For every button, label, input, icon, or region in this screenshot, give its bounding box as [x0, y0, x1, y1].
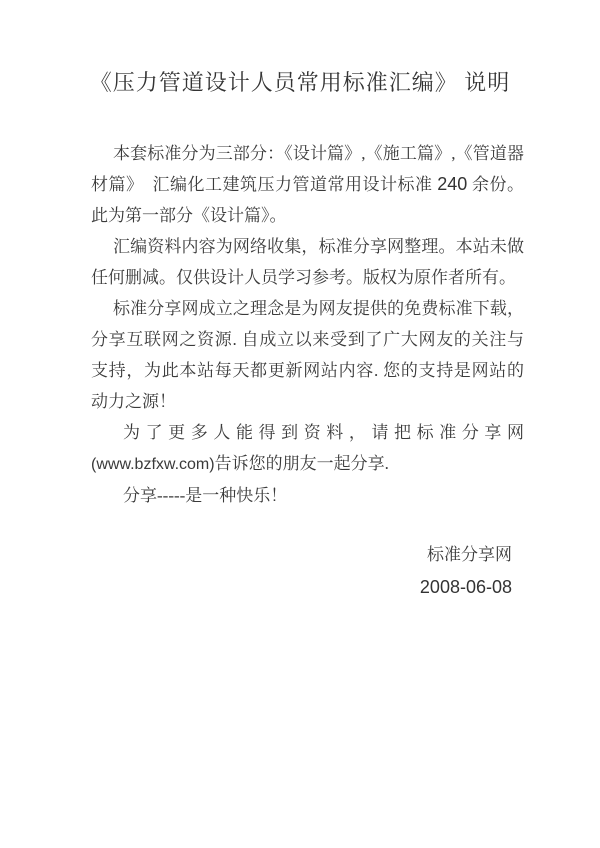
signature-site-name: 标准分享网: [0, 539, 512, 570]
signature-block: 标准分享网 2008-06-08: [0, 539, 512, 604]
document-body: 本套标准分为三部分：《设计篇》,《施工篇》,《管道器材篇》 汇编化工建筑压力管道…: [91, 138, 524, 511]
paragraph-slogan: 分享-----是一种快乐！: [91, 480, 524, 511]
standards-count: 240: [437, 174, 467, 194]
document-page: 《压力管道设计人员常用标准汇编》 说明 本套标准分为三部分：《设计篇》,《施工篇…: [0, 0, 600, 848]
document-title: 《压力管道设计人员常用标准汇编》 说明: [0, 0, 600, 97]
paragraph-overview: 本套标准分为三部分：《设计篇》,《施工篇》,《管道器材篇》 汇编化工建筑压力管道…: [91, 138, 524, 231]
paragraph-text: 汇编资料内容为网络收集，标准分享网整理。本站未做任何删减。仅供设计人员学习参考。…: [91, 237, 524, 287]
paragraph-text: 为了更多人能得到资料，请把标准分享网: [123, 423, 524, 442]
website-url: (www.bzfxw.com): [91, 456, 215, 473]
paragraph-text: 分享-----是一种快乐！: [123, 486, 287, 505]
paragraph-text: 告诉您的朋友一起分享.: [215, 454, 389, 473]
paragraph-source-disclaimer: 汇编资料内容为网络收集，标准分享网整理。本站未做任何删减。仅供设计人员学习参考。…: [91, 231, 524, 293]
paragraph-site-mission: 标准分享网成立之理念是为网友提供的免费标准下载，分享互联网之资源. 自成立以来受…: [91, 293, 524, 417]
paragraph-text: 标准分享网成立之理念是为网友提供的免费标准下载，分享互联网之资源. 自成立以来受…: [91, 299, 524, 411]
signature-date: 2008-06-08: [0, 570, 512, 604]
paragraph-share-request: 为了更多人能得到资料，请把标准分享网(www.bzfxw.com)告诉您的朋友一…: [91, 417, 524, 480]
